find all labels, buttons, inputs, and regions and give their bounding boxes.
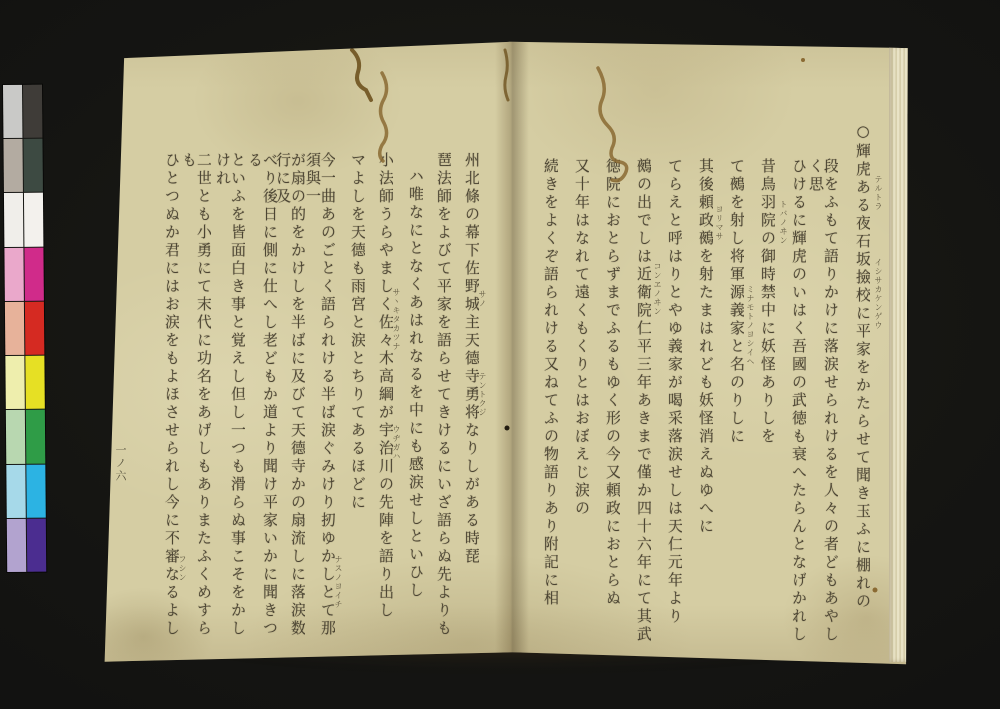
color-patch [23, 85, 42, 138]
worm-trail [505, 50, 508, 100]
text-column: ○輝虎ある夜石坂撿校に平家をかたらせて聞き玉ふに棚れの [840, 122, 870, 644]
color-patch [3, 85, 22, 138]
furigana-annotation: フシン [176, 555, 186, 589]
furigana-annotation: トバノヰン [777, 200, 787, 252]
color-patch [27, 518, 46, 571]
furigana-annotation: コンヱノヰン [651, 262, 661, 324]
color-patch [6, 464, 25, 517]
text-column: 続きをよくぞ語られける又ねてふの物語りあり附記に相 [528, 158, 558, 658]
text-column: 又十年はなれて遠くもくりとはおぼえじ涙の [559, 158, 589, 658]
text-column: ひとつぬか君にはお涙をもよほさせられし今に不審なるよし [149, 152, 179, 652]
color-patch [26, 464, 45, 517]
stain-dot [801, 58, 805, 62]
furigana-annotation: サヽキタカツナ [390, 288, 400, 360]
text-column: 琶法師をよびて平家を語らせてきけるにいざ語らぬ先よりも [421, 152, 451, 652]
furigana-annotation: ウヂガハ [390, 425, 400, 467]
binding-gutter [495, 38, 529, 668]
text-column: べり後日に側に仕へし老どもか道より聞け平家いかに聞きつる [247, 152, 277, 652]
color-patch [24, 247, 43, 300]
color-patch [5, 302, 24, 355]
color-bar-row [6, 410, 45, 464]
worm-trail [352, 50, 371, 100]
text-column: 段をふもて語りかけに落涙せられけるを人々の者どもあやしく思 [808, 158, 838, 658]
text-column: 其後頼政鵺を射たまはれども妖怪消えぬゆへに [683, 158, 713, 658]
furigana-annotation: サノ [476, 290, 486, 314]
color-patch [24, 193, 43, 246]
text-column: が扇の的をかけしを半ばに及びて天德寺かの扇流しに落涙数行に及 [275, 152, 305, 652]
stain-dot [873, 588, 878, 593]
color-bar-row [5, 356, 44, 410]
color-patch [26, 410, 45, 463]
color-bar-row [7, 518, 46, 572]
fore-edge-page-stack [889, 46, 913, 662]
color-patch [25, 302, 44, 355]
text-column: 小法師うらやましく佐々木高綱が宇治川の先陣を語り出し [363, 152, 393, 652]
text-column: てらえと呼はりとやゆ義家が喝采落涙せしは天仁元年より [652, 158, 682, 658]
color-patch [23, 139, 42, 192]
leaf-number: 一ノ六 [114, 444, 128, 504]
furigana-annotation: イシサカケンゲウ [872, 258, 882, 338]
color-bar-row [6, 464, 45, 518]
color-bar-row [3, 139, 42, 193]
open-book: ○輝虎ある夜石坂撿校に平家をかたらせて聞き玉ふに棚れの 段をふもて語りかけに落涙… [103, 38, 915, 668]
furigana-annotation: ヨリマサ [713, 205, 723, 247]
text-column: 州北條の幕下佐野城主天德寺勇将なりしがある時琵 [449, 152, 479, 652]
color-bar-row [4, 193, 43, 247]
color-bar-row [3, 85, 42, 139]
furigana-annotation: ミナモトノヨシイヘ [744, 285, 754, 375]
color-patch [5, 356, 24, 409]
furigana-annotation: ナスノヨイチ [332, 555, 342, 617]
text-column: 徳院におとらずまでふるもゆく形の今又頼政におとらぬ [590, 158, 620, 658]
text-column: ハ唯なにとなくあはれなるを中にも感涙せしといひし [393, 168, 423, 652]
color-patch [7, 519, 26, 572]
text-column: といふを皆面白き事と覚えし但し一つも滑らぬ事こそをかしけれ [215, 152, 245, 652]
color-patch [25, 356, 44, 409]
color-patch [6, 410, 25, 463]
text-column: 鵺の出でしは近衛院仁平三年あきまで僅か四十六年にて其武 [621, 158, 651, 658]
color-bar-row [4, 247, 43, 301]
photo-stage: ○輝虎ある夜石坂撿校に平家をかたらせて聞き玉ふに棚れの 段をふもて語りかけに落涙… [0, 0, 1000, 709]
worm-hole [505, 426, 510, 431]
color-patch [4, 193, 23, 246]
color-bar-row [5, 302, 44, 356]
color-patch [3, 139, 22, 192]
color-calibration-bar [3, 85, 46, 572]
color-patch [4, 247, 23, 300]
furigana-annotation: テルトラ [872, 175, 882, 217]
furigana-annotation: テントクジ [476, 372, 486, 424]
text-column: 今一曲あのごとく語られける半ば涙ぐみけり扨ゆかしとて那須與一 [305, 152, 335, 652]
worm-trail [380, 73, 387, 161]
text-column: 昔鳥羽院の御時禁中に妖怪ありしを [745, 158, 775, 658]
